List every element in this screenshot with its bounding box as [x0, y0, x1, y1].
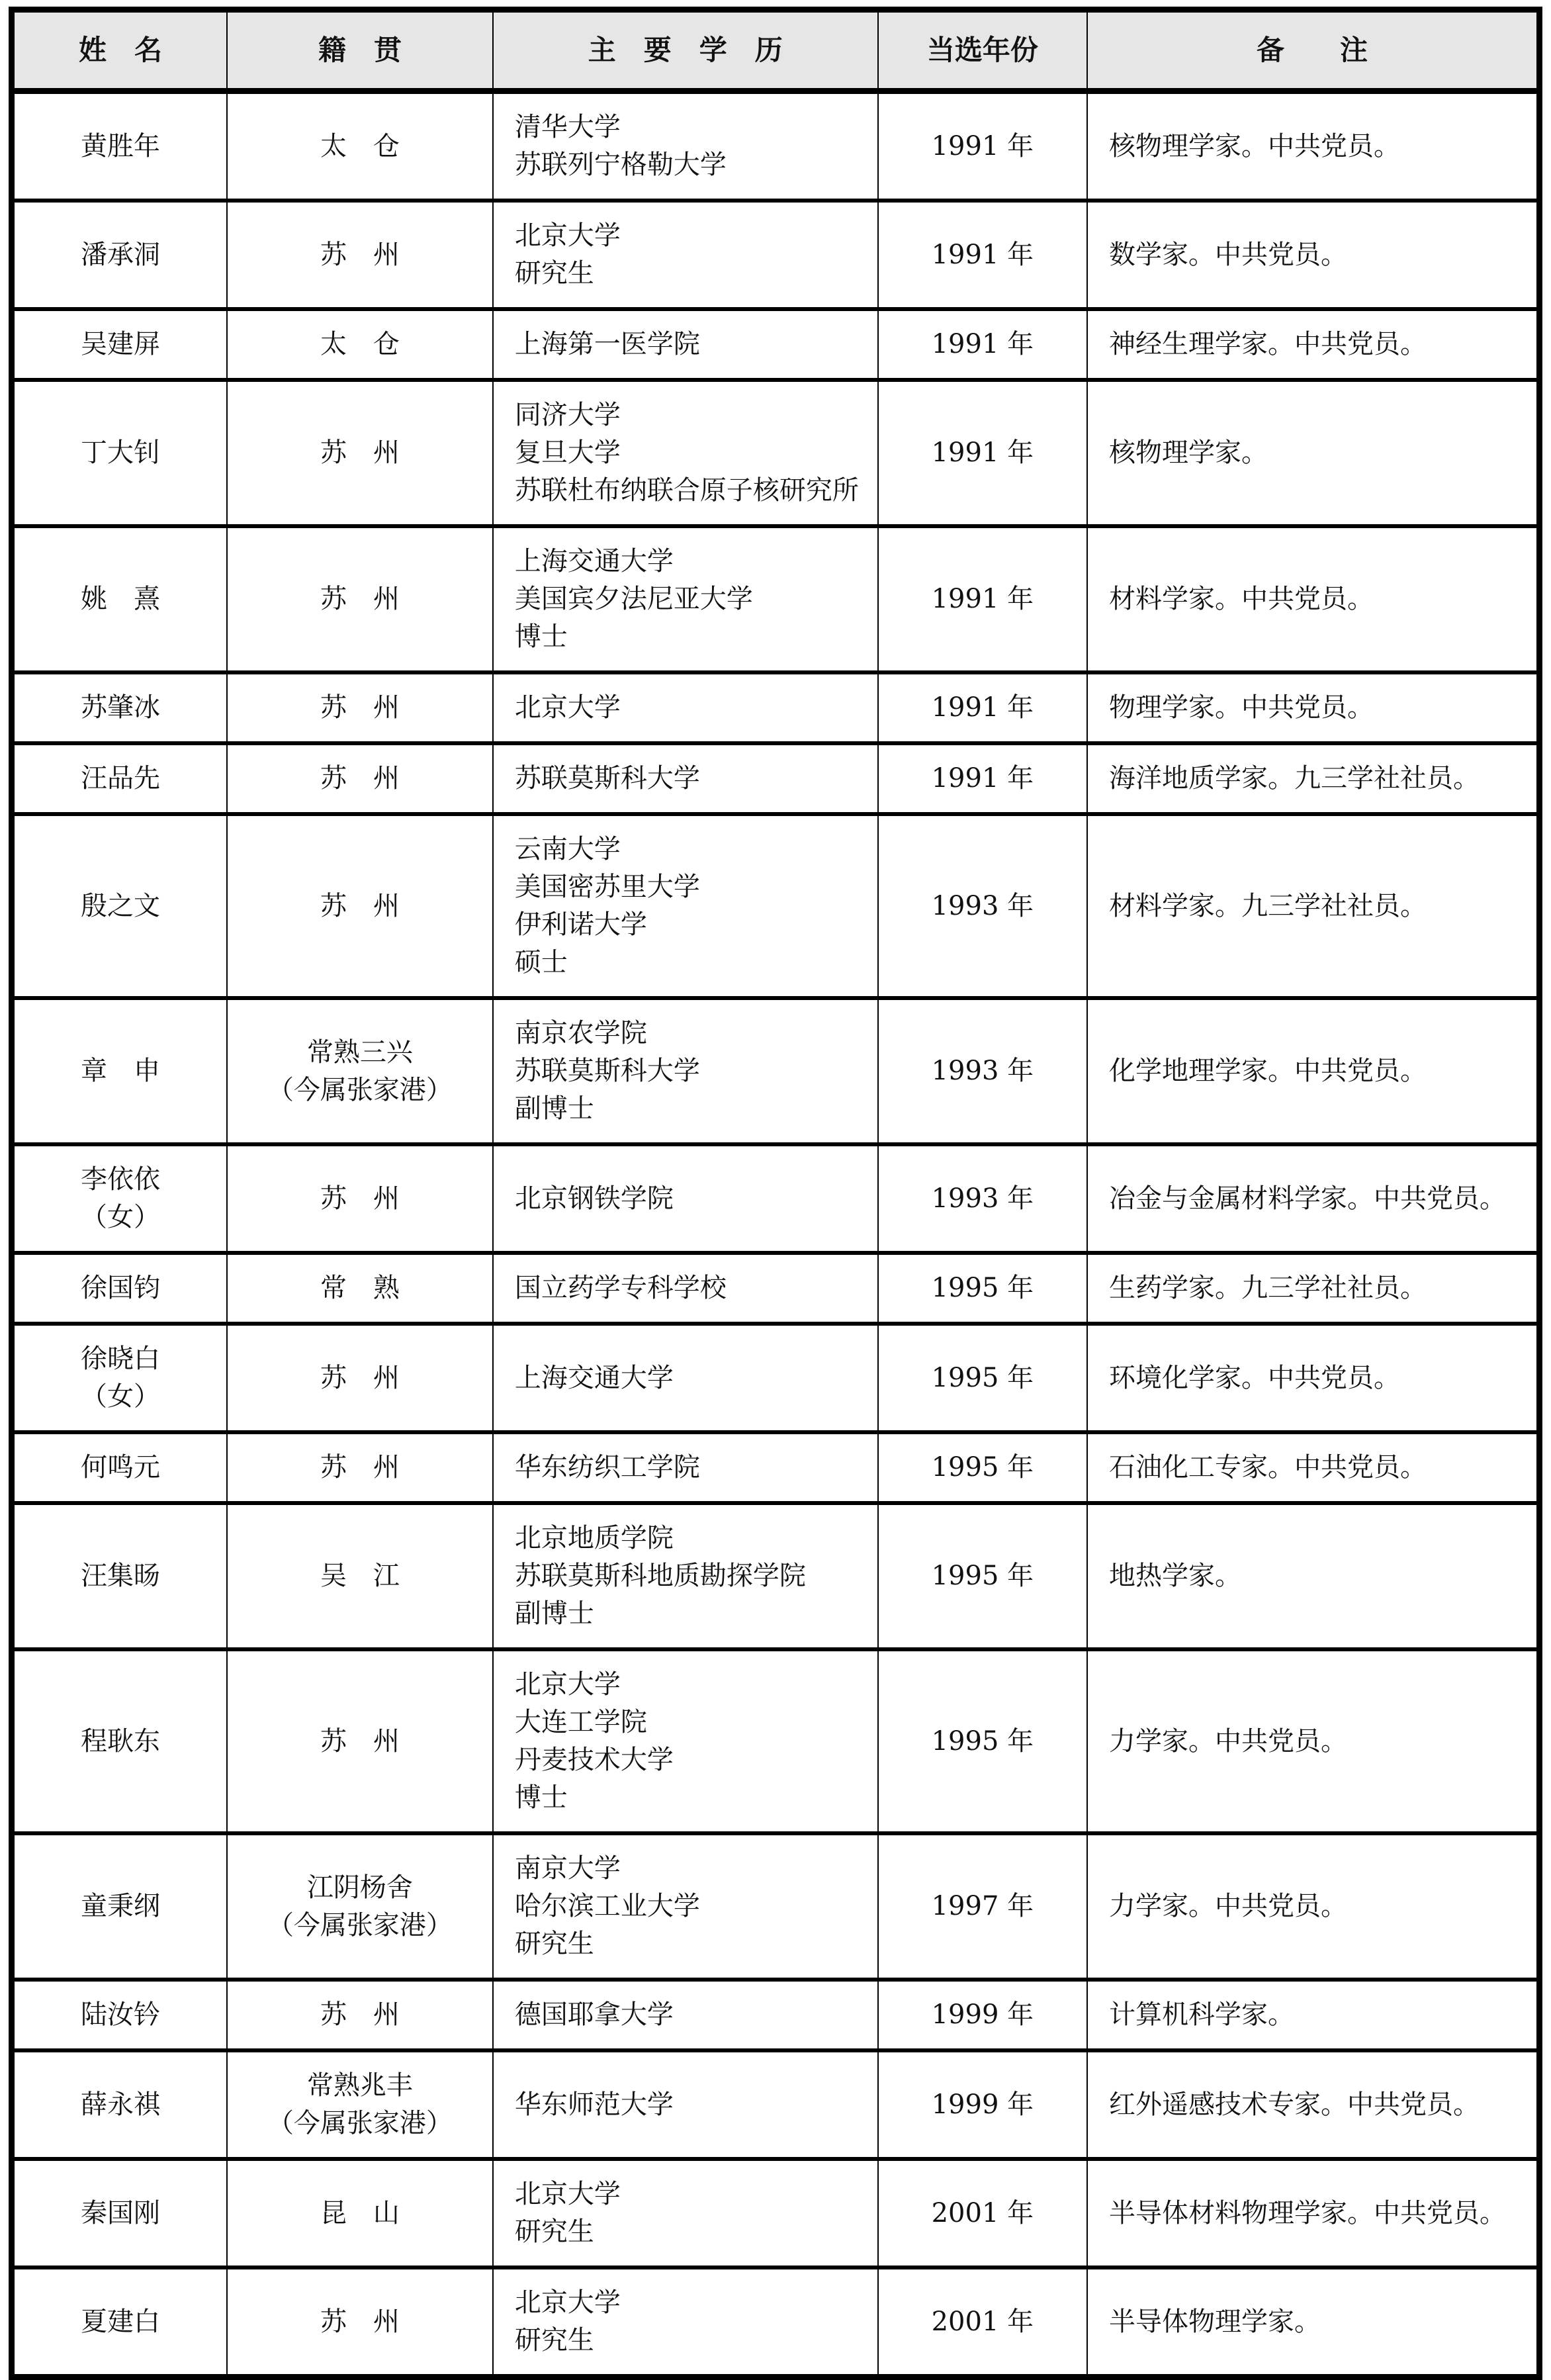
- table-row: 程耿东苏 州北京大学大连工学院丹麦技术大学博士1995 年力学家。中共党员。: [12, 1649, 1540, 1833]
- text-line: 常熟兆丰: [228, 2067, 492, 2105]
- text-line: 云南大学: [515, 831, 865, 868]
- text-line: 苏联莫斯科地质勘探学院: [515, 1557, 865, 1595]
- note-cell: 海洋地质学家。九三学社社员。: [1087, 743, 1539, 814]
- note-cell: 神经生理学家。中共党员。: [1087, 309, 1539, 380]
- text-line: 北京钢铁学院: [515, 1180, 865, 1218]
- name-cell: 殷之文: [12, 814, 228, 998]
- name-cell: 徐国钧: [12, 1253, 228, 1324]
- table-row: 吴建屏太 仓上海第一医学院1991 年神经生理学家。中共党员。: [12, 309, 1540, 380]
- text-line: 苏 州: [228, 434, 492, 472]
- year-cell: 1995 年: [878, 1432, 1087, 1503]
- year-cell: 1995 年: [878, 1503, 1087, 1649]
- origin-cell: 太 仓: [227, 309, 493, 380]
- text-line: 薛永祺: [15, 2086, 226, 2124]
- text-line: 吴建屏: [15, 326, 226, 363]
- table-row: 章 申常熟三兴（今属张家港）南京农学院苏联莫斯科大学副博士1993 年化学地理学…: [12, 998, 1540, 1144]
- origin-cell: 苏 州: [227, 814, 493, 998]
- name-cell: 程耿东: [12, 1649, 228, 1833]
- text-line: 北京大学: [515, 2284, 865, 2322]
- name-cell: 薛永祺: [12, 2050, 228, 2159]
- column-header-edu: 主 要 学 历: [493, 10, 878, 91]
- name-cell: 章 申: [12, 998, 228, 1144]
- table-row: 夏建白苏 州北京大学研究生2001 年半导体物理学家。: [12, 2267, 1540, 2377]
- text-line: 复旦大学: [515, 434, 865, 472]
- name-cell: 何鸣元: [12, 1432, 228, 1503]
- origin-cell: 苏 州: [227, 201, 493, 309]
- origin-cell: 常 熟: [227, 1253, 493, 1324]
- year-cell: 1991 年: [878, 309, 1087, 380]
- text-line: 南京大学: [515, 1850, 865, 1888]
- text-line: 上海交通大学: [515, 543, 865, 580]
- note-cell: 半导体物理学家。: [1087, 2267, 1539, 2377]
- text-line: 汪品先: [15, 760, 226, 798]
- year-cell: 1999 年: [878, 2050, 1087, 2159]
- education-cell: 上海交通大学: [493, 1324, 878, 1432]
- note-cell: 石油化工专家。中共党员。: [1087, 1432, 1539, 1503]
- origin-cell: 太 仓: [227, 91, 493, 201]
- note-cell: 材料学家。中共党员。: [1087, 526, 1539, 672]
- table-row: 潘承洞苏 州北京大学研究生1991 年数学家。中共党员。: [12, 201, 1540, 309]
- name-cell: 李依依（女）: [12, 1144, 228, 1253]
- text-line: 黄胜年: [15, 128, 226, 165]
- text-line: 童秉纲: [15, 1888, 226, 1925]
- text-line: 北京大学: [515, 2175, 865, 2213]
- origin-cell: 苏 州: [227, 743, 493, 814]
- text-line: 太 仓: [228, 326, 492, 363]
- text-line: 程耿东: [15, 1723, 226, 1761]
- text-line: （今属张家港）: [228, 1072, 492, 1109]
- text-line: 苏 州: [228, 1996, 492, 2034]
- text-line: 陆汝钤: [15, 1996, 226, 2034]
- year-cell: 1995 年: [878, 1649, 1087, 1833]
- text-line: 美国宾夕法尼亚大学: [515, 580, 865, 618]
- table-row: 苏肇冰苏 州北京大学1991 年物理学家。中共党员。: [12, 672, 1540, 743]
- year-cell: 1991 年: [878, 201, 1087, 309]
- note-cell: 红外遥感技术专家。中共党员。: [1087, 2050, 1539, 2159]
- origin-cell: 苏 州: [227, 526, 493, 672]
- origin-cell: 常熟兆丰（今属张家港）: [227, 2050, 493, 2159]
- table-row: 薛永祺常熟兆丰（今属张家港）华东师范大学1999 年红外遥感技术专家。中共党员。: [12, 2050, 1540, 2159]
- text-line: 常熟三兴: [228, 1034, 492, 1072]
- name-cell: 汪集旸: [12, 1503, 228, 1649]
- text-line: 博士: [515, 1779, 865, 1817]
- text-line: 苏 州: [228, 888, 492, 925]
- text-line: 苏 州: [228, 1449, 492, 1487]
- text-line: 副博士: [515, 1595, 865, 1633]
- name-cell: 姚 熹: [12, 526, 228, 672]
- scanned-page: 姓 名籍 贯主 要 学 历当选年份备 注 黄胜年太 仓清华大学苏联列宁格勒大学1…: [0, 0, 1551, 2081]
- text-line: 北京地质学院: [515, 1520, 865, 1557]
- year-cell: 1995 年: [878, 1324, 1087, 1432]
- table-row: 徐国钧常 熟国立药学专科学校1995 年生药学家。九三学社社员。: [12, 1253, 1540, 1324]
- text-line: （女）: [15, 1199, 226, 1236]
- text-line: 大连工学院: [515, 1704, 865, 1741]
- year-cell: 1991 年: [878, 91, 1087, 201]
- text-line: （今属张家港）: [228, 2105, 492, 2142]
- note-cell: 半导体材料物理学家。中共党员。: [1087, 2159, 1539, 2267]
- table-row: 徐晓白（女）苏 州上海交通大学1995 年环境化学家。中共党员。: [12, 1324, 1540, 1432]
- origin-cell: 苏 州: [227, 1980, 493, 2050]
- note-cell: 核物理学家。: [1087, 380, 1539, 526]
- table-row: 殷之文苏 州云南大学美国密苏里大学伊利诺大学硕士1993 年材料学家。九三学社社…: [12, 814, 1540, 998]
- text-line: 苏 州: [228, 236, 492, 274]
- text-line: 伊利诺大学: [515, 906, 865, 944]
- text-line: 苏 州: [228, 689, 492, 727]
- text-line: 美国密苏里大学: [515, 868, 865, 906]
- education-cell: 北京钢铁学院: [493, 1144, 878, 1253]
- name-cell: 黄胜年: [12, 91, 228, 201]
- table-row: 黄胜年太 仓清华大学苏联列宁格勒大学1991 年核物理学家。中共党员。: [12, 91, 1540, 201]
- note-cell: 数学家。中共党员。: [1087, 201, 1539, 309]
- education-cell: 苏联莫斯科大学: [493, 743, 878, 814]
- text-line: 丁大钊: [15, 434, 226, 472]
- text-line: 研究生: [515, 1925, 865, 1963]
- name-cell: 苏肇冰: [12, 672, 228, 743]
- name-cell: 丁大钊: [12, 380, 228, 526]
- text-line: 清华大学: [515, 109, 865, 146]
- note-cell: 物理学家。中共党员。: [1087, 672, 1539, 743]
- education-cell: 北京大学: [493, 672, 878, 743]
- text-line: 北京大学: [515, 689, 865, 727]
- origin-cell: 苏 州: [227, 672, 493, 743]
- table-row: 童秉纲江阴杨舍（今属张家港）南京大学哈尔滨工业大学研究生1997 年力学家。中共…: [12, 1833, 1540, 1980]
- text-line: 北京大学: [515, 1666, 865, 1704]
- academicians-table: 姓 名籍 贯主 要 学 历当选年份备 注 黄胜年太 仓清华大学苏联列宁格勒大学1…: [9, 7, 1542, 2380]
- text-line: 国立药学专科学校: [515, 1269, 865, 1307]
- year-cell: 1991 年: [878, 743, 1087, 814]
- text-line: 苏肇冰: [15, 689, 226, 727]
- column-header-year: 当选年份: [878, 10, 1087, 91]
- name-cell: 吴建屏: [12, 309, 228, 380]
- text-line: （今属张家港）: [228, 1907, 492, 1945]
- table-header: 姓 名籍 贯主 要 学 历当选年份备 注: [12, 10, 1540, 91]
- education-cell: 南京大学哈尔滨工业大学研究生: [493, 1833, 878, 1980]
- text-line: 夏建白: [15, 2303, 226, 2341]
- education-cell: 上海第一医学院: [493, 309, 878, 380]
- table-row: 丁大钊苏 州同济大学复旦大学苏联杜布纳联合原子核研究所1991 年核物理学家。: [12, 380, 1540, 526]
- text-line: 殷之文: [15, 888, 226, 925]
- column-header-name: 姓 名: [12, 10, 228, 91]
- year-cell: 2001 年: [878, 2267, 1087, 2377]
- year-cell: 1995 年: [878, 1253, 1087, 1324]
- text-line: 同济大学: [515, 396, 865, 434]
- text-line: 何鸣元: [15, 1449, 226, 1487]
- origin-cell: 苏 州: [227, 380, 493, 526]
- name-cell: 夏建白: [12, 2267, 228, 2377]
- year-cell: 2001 年: [878, 2159, 1087, 2267]
- text-line: 徐晓白: [15, 1340, 226, 1378]
- text-line: 昆 山: [228, 2195, 492, 2232]
- year-cell: 1991 年: [878, 380, 1087, 526]
- name-cell: 秦国刚: [12, 2159, 228, 2267]
- education-cell: 国立药学专科学校: [493, 1253, 878, 1324]
- table-row: 何鸣元苏 州华东纺织工学院1995 年石油化工专家。中共党员。: [12, 1432, 1540, 1503]
- text-line: 研究生: [515, 2322, 865, 2359]
- text-line: 章 申: [15, 1052, 226, 1090]
- text-line: 苏 州: [228, 2303, 492, 2341]
- table-row: 陆汝钤苏 州德国耶拿大学1999 年计算机科学家。: [12, 1980, 1540, 2050]
- column-header-note: 备 注: [1087, 10, 1539, 91]
- column-header-origin: 籍 贯: [227, 10, 493, 91]
- text-line: 苏 州: [228, 1359, 492, 1397]
- name-cell: 潘承洞: [12, 201, 228, 309]
- text-line: 哈尔滨工业大学: [515, 1888, 865, 1925]
- text-line: 研究生: [515, 2213, 865, 2251]
- text-line: 研究生: [515, 255, 865, 293]
- year-cell: 1993 年: [878, 998, 1087, 1144]
- text-line: 上海第一医学院: [515, 326, 865, 363]
- text-line: 苏联莫斯科大学: [515, 760, 865, 798]
- text-line: 苏 州: [228, 760, 492, 798]
- text-line: 潘承洞: [15, 236, 226, 274]
- note-cell: 力学家。中共党员。: [1087, 1649, 1539, 1833]
- text-line: 苏 州: [228, 580, 492, 618]
- education-cell: 南京农学院苏联莫斯科大学副博士: [493, 998, 878, 1144]
- text-line: 硕士: [515, 944, 865, 982]
- note-cell: 地热学家。: [1087, 1503, 1539, 1649]
- text-line: 华东师范大学: [515, 2086, 865, 2124]
- table-row: 汪品先苏 州苏联莫斯科大学1991 年海洋地质学家。九三学社社员。: [12, 743, 1540, 814]
- text-line: 常 熟: [228, 1269, 492, 1307]
- note-cell: 生药学家。九三学社社员。: [1087, 1253, 1539, 1324]
- education-cell: 华东纺织工学院: [493, 1432, 878, 1503]
- text-line: 苏联列宁格勒大学: [515, 146, 865, 184]
- table-row: 李依依（女）苏 州北京钢铁学院1993 年冶金与金属材料学家。中共党员。: [12, 1144, 1540, 1253]
- year-cell: 1999 年: [878, 1980, 1087, 2050]
- origin-cell: 吴 江: [227, 1503, 493, 1649]
- education-cell: 清华大学苏联列宁格勒大学: [493, 91, 878, 201]
- origin-cell: 苏 州: [227, 1649, 493, 1833]
- origin-cell: 苏 州: [227, 2267, 493, 2377]
- text-line: 华东纺织工学院: [515, 1449, 865, 1487]
- year-cell: 1991 年: [878, 672, 1087, 743]
- text-line: 苏 州: [228, 1723, 492, 1761]
- origin-cell: 苏 州: [227, 1144, 493, 1253]
- note-cell: 冶金与金属材料学家。中共党员。: [1087, 1144, 1539, 1253]
- text-line: 汪集旸: [15, 1557, 226, 1595]
- text-line: 苏联莫斯科大学: [515, 1052, 865, 1090]
- education-cell: 北京大学研究生: [493, 2267, 878, 2377]
- text-line: 姚 熹: [15, 580, 226, 618]
- year-cell: 1991 年: [878, 526, 1087, 672]
- text-line: 北京大学: [515, 217, 865, 255]
- origin-cell: 常熟三兴（今属张家港）: [227, 998, 493, 1144]
- text-line: 德国耶拿大学: [515, 1996, 865, 2034]
- origin-cell: 苏 州: [227, 1324, 493, 1432]
- text-line: 苏联杜布纳联合原子核研究所: [515, 472, 865, 510]
- education-cell: 北京地质学院苏联莫斯科地质勘探学院副博士: [493, 1503, 878, 1649]
- note-cell: 力学家。中共党员。: [1087, 1833, 1539, 1980]
- table-body: 黄胜年太 仓清华大学苏联列宁格勒大学1991 年核物理学家。中共党员。潘承洞苏 …: [12, 91, 1540, 2377]
- table-row: 秦国刚昆 山北京大学研究生2001 年半导体材料物理学家。中共党员。: [12, 2159, 1540, 2267]
- note-cell: 化学地理学家。中共党员。: [1087, 998, 1539, 1144]
- education-cell: 上海交通大学美国宾夕法尼亚大学博士: [493, 526, 878, 672]
- text-line: 太 仓: [228, 128, 492, 165]
- table-row: 汪集旸吴 江北京地质学院苏联莫斯科地质勘探学院副博士1995 年地热学家。: [12, 1503, 1540, 1649]
- year-cell: 1993 年: [878, 1144, 1087, 1253]
- year-cell: 1993 年: [878, 814, 1087, 998]
- year-cell: 1997 年: [878, 1833, 1087, 1980]
- table-row: 姚 熹苏 州上海交通大学美国宾夕法尼亚大学博士1991 年材料学家。中共党员。: [12, 526, 1540, 672]
- text-line: 江阴杨舍: [228, 1869, 492, 1907]
- education-cell: 北京大学研究生: [493, 2159, 878, 2267]
- text-line: （女）: [15, 1378, 226, 1416]
- header-row: 姓 名籍 贯主 要 学 历当选年份备 注: [12, 10, 1540, 91]
- name-cell: 汪品先: [12, 743, 228, 814]
- note-cell: 计算机科学家。: [1087, 1980, 1539, 2050]
- education-cell: 云南大学美国密苏里大学伊利诺大学硕士: [493, 814, 878, 998]
- note-cell: 核物理学家。中共党员。: [1087, 91, 1539, 201]
- education-cell: 华东师范大学: [493, 2050, 878, 2159]
- text-line: 博士: [515, 618, 865, 656]
- note-cell: 材料学家。九三学社社员。: [1087, 814, 1539, 998]
- education-cell: 北京大学研究生: [493, 201, 878, 309]
- text-line: 秦国刚: [15, 2195, 226, 2232]
- text-line: 李依依: [15, 1161, 226, 1199]
- text-line: 副博士: [515, 1090, 865, 1128]
- text-line: 徐国钧: [15, 1269, 226, 1307]
- education-cell: 北京大学大连工学院丹麦技术大学博士: [493, 1649, 878, 1833]
- text-line: 苏 州: [228, 1180, 492, 1218]
- origin-cell: 江阴杨舍（今属张家港）: [227, 1833, 493, 1980]
- name-cell: 徐晓白（女）: [12, 1324, 228, 1432]
- education-cell: 同济大学复旦大学苏联杜布纳联合原子核研究所: [493, 380, 878, 526]
- text-line: 丹麦技术大学: [515, 1741, 865, 1779]
- text-line: 上海交通大学: [515, 1359, 865, 1397]
- text-line: 南京农学院: [515, 1015, 865, 1052]
- name-cell: 陆汝钤: [12, 1980, 228, 2050]
- text-line: 吴 江: [228, 1557, 492, 1595]
- education-cell: 德国耶拿大学: [493, 1980, 878, 2050]
- origin-cell: 昆 山: [227, 2159, 493, 2267]
- name-cell: 童秉纲: [12, 1833, 228, 1980]
- origin-cell: 苏 州: [227, 1432, 493, 1503]
- note-cell: 环境化学家。中共党员。: [1087, 1324, 1539, 1432]
